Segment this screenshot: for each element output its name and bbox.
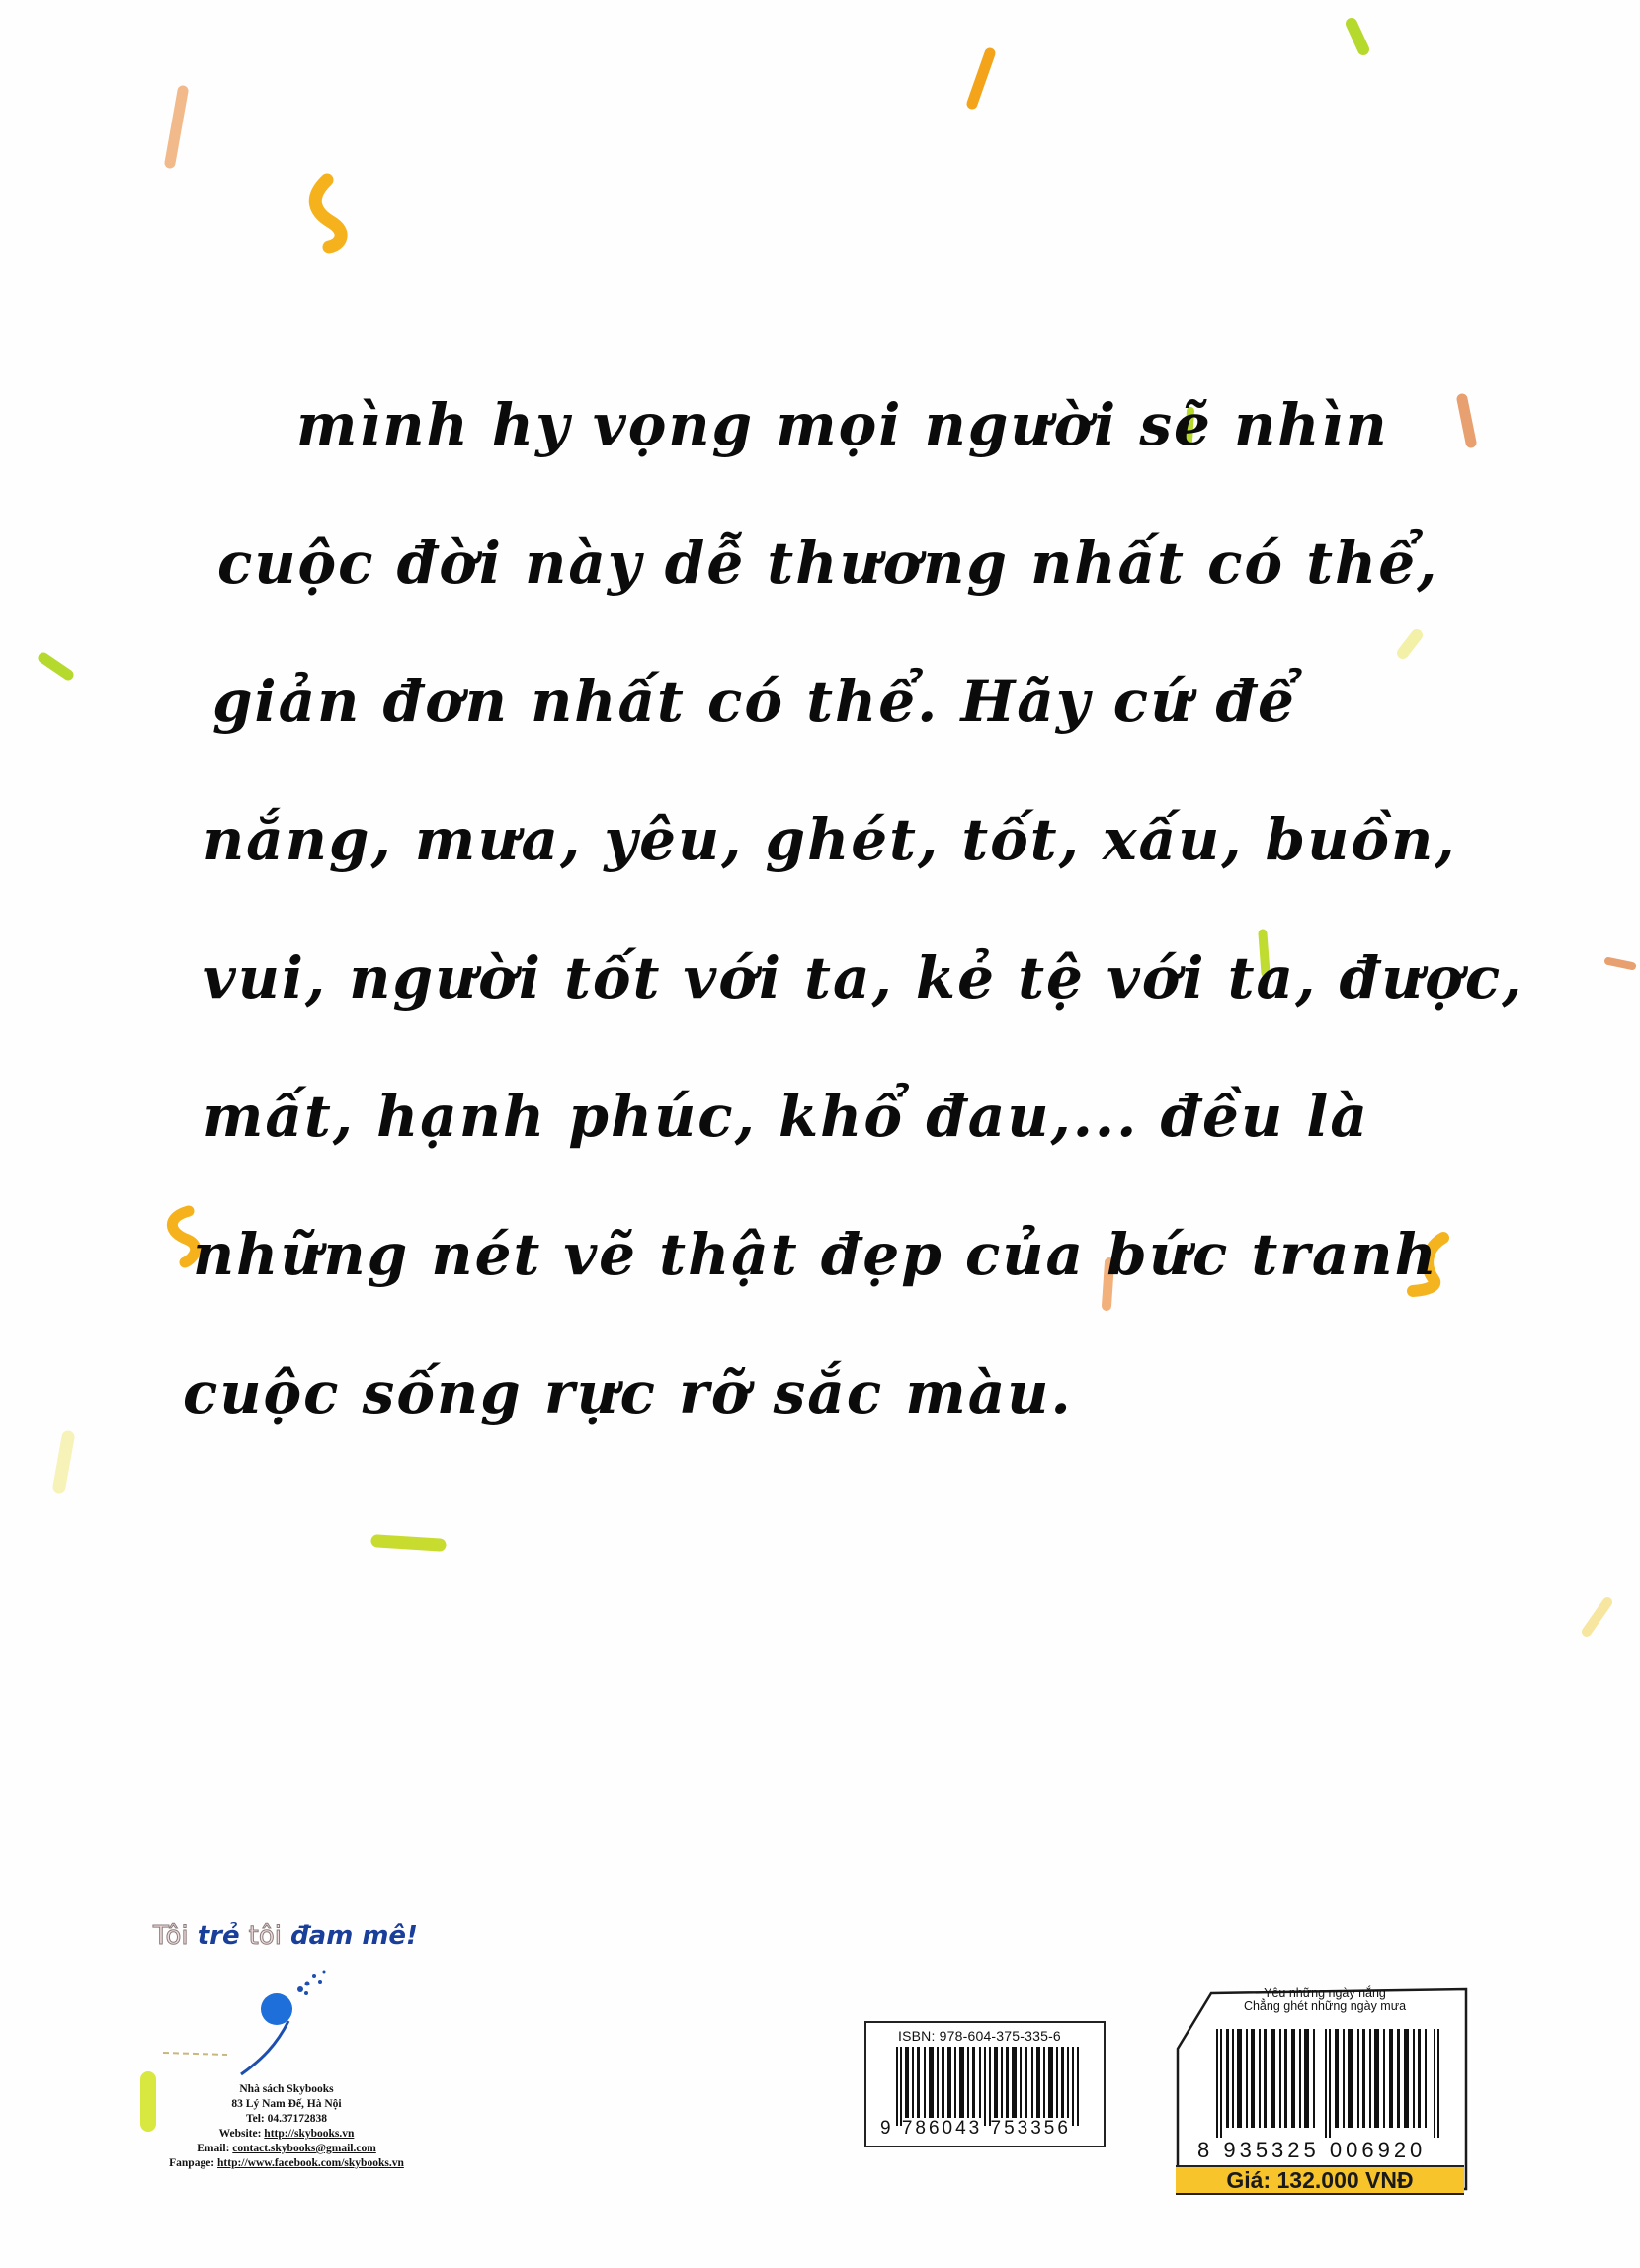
- quote-line: cuộc sống rực rỡ sắc màu.: [173, 1343, 1457, 1482]
- quote-line: vui, người tốt với ta, kẻ tệ với ta, đượ…: [173, 929, 1457, 1067]
- quote-line: mình hy vọng mọi người sẽ nhìn: [173, 375, 1457, 514]
- email-label: Email:: [197, 2143, 229, 2154]
- slogan-word: tôi: [249, 1921, 282, 1951]
- quote-line: cuộc đời này dễ thương nhất có thể,: [173, 514, 1457, 652]
- isbn-label: ISBN: 978-604-375-335-6: [898, 2028, 1061, 2044]
- book-title-line2: Chẳng ghét những ngày mưa: [1191, 2000, 1458, 2013]
- website-label: Website:: [219, 2128, 262, 2140]
- isbn-digits: 9 786043 753356: [880, 2118, 1071, 2140]
- quote-line: mất, hạnh phúc, khổ đau,... đều là: [173, 1067, 1457, 1205]
- publisher-contact-info: Nhà sách Skybooks 83 Lý Nam Đế, Hà Nội T…: [133, 2082, 440, 2171]
- quote-line: nắng, mưa, yêu, ghét, tốt, xấu, buồn,: [173, 790, 1457, 929]
- publisher-slogan: Tôi trẻ tôi đam mê!: [153, 1921, 418, 1951]
- book-back-cover: mình hy vọng mọi người sẽ nhìn cuộc đời …: [0, 0, 1640, 2268]
- handwritten-quote: mình hy vọng mọi người sẽ nhìn cuộc đời …: [173, 375, 1457, 1482]
- publisher-tel: Tel: 04.37172838: [133, 2112, 440, 2127]
- publisher-name: Nhà sách Skybooks: [133, 2082, 440, 2097]
- quote-line: giản đơn nhất có thể. Hãy cứ để: [173, 652, 1457, 790]
- tel-value: 04.37172838: [268, 2113, 327, 2125]
- slogan-word: trẻ: [198, 1921, 240, 1951]
- fanpage-link[interactable]: http://www.facebook.com/skybooks.vn: [217, 2157, 404, 2169]
- tel-label: Tel:: [246, 2113, 265, 2125]
- publisher-website: Website: http://skybooks.vn: [133, 2127, 440, 2142]
- website-link[interactable]: http://skybooks.vn: [264, 2128, 354, 2140]
- quote-line: những nét vẽ thật đẹp của bức tranh: [173, 1205, 1457, 1343]
- publisher-fanpage: Fanpage: http://www.facebook.com/skybook…: [133, 2156, 440, 2171]
- email-link[interactable]: contact.skybooks@gmail.com: [232, 2143, 376, 2154]
- isbn-barcode-icon: [896, 2047, 1094, 2126]
- isbn-barcode-box: ISBN: 978-604-375-335-6 9 78: [864, 2021, 1106, 2147]
- price-label: Giá: 132.000 VNĐ: [1176, 2165, 1464, 2195]
- retail-barcode-digits: 8 935325 006920: [1197, 2138, 1426, 2163]
- slogan-word: đam mê!: [290, 1921, 418, 1951]
- slogan-word: Tôi: [153, 1921, 189, 1951]
- price-tag: Yêu những ngày nắng Chẳng ghét những ngà…: [1172, 1980, 1468, 2199]
- publisher-address: 83 Lý Nam Đế, Hà Nội: [133, 2097, 440, 2112]
- publisher-email: Email: contact.skybooks@gmail.com: [133, 2142, 440, 2156]
- skybooks-dandelion-logo-icon: [138, 1966, 435, 2084]
- retail-barcode-icon: [1216, 2029, 1463, 2138]
- fanpage-label: Fanpage:: [169, 2157, 214, 2169]
